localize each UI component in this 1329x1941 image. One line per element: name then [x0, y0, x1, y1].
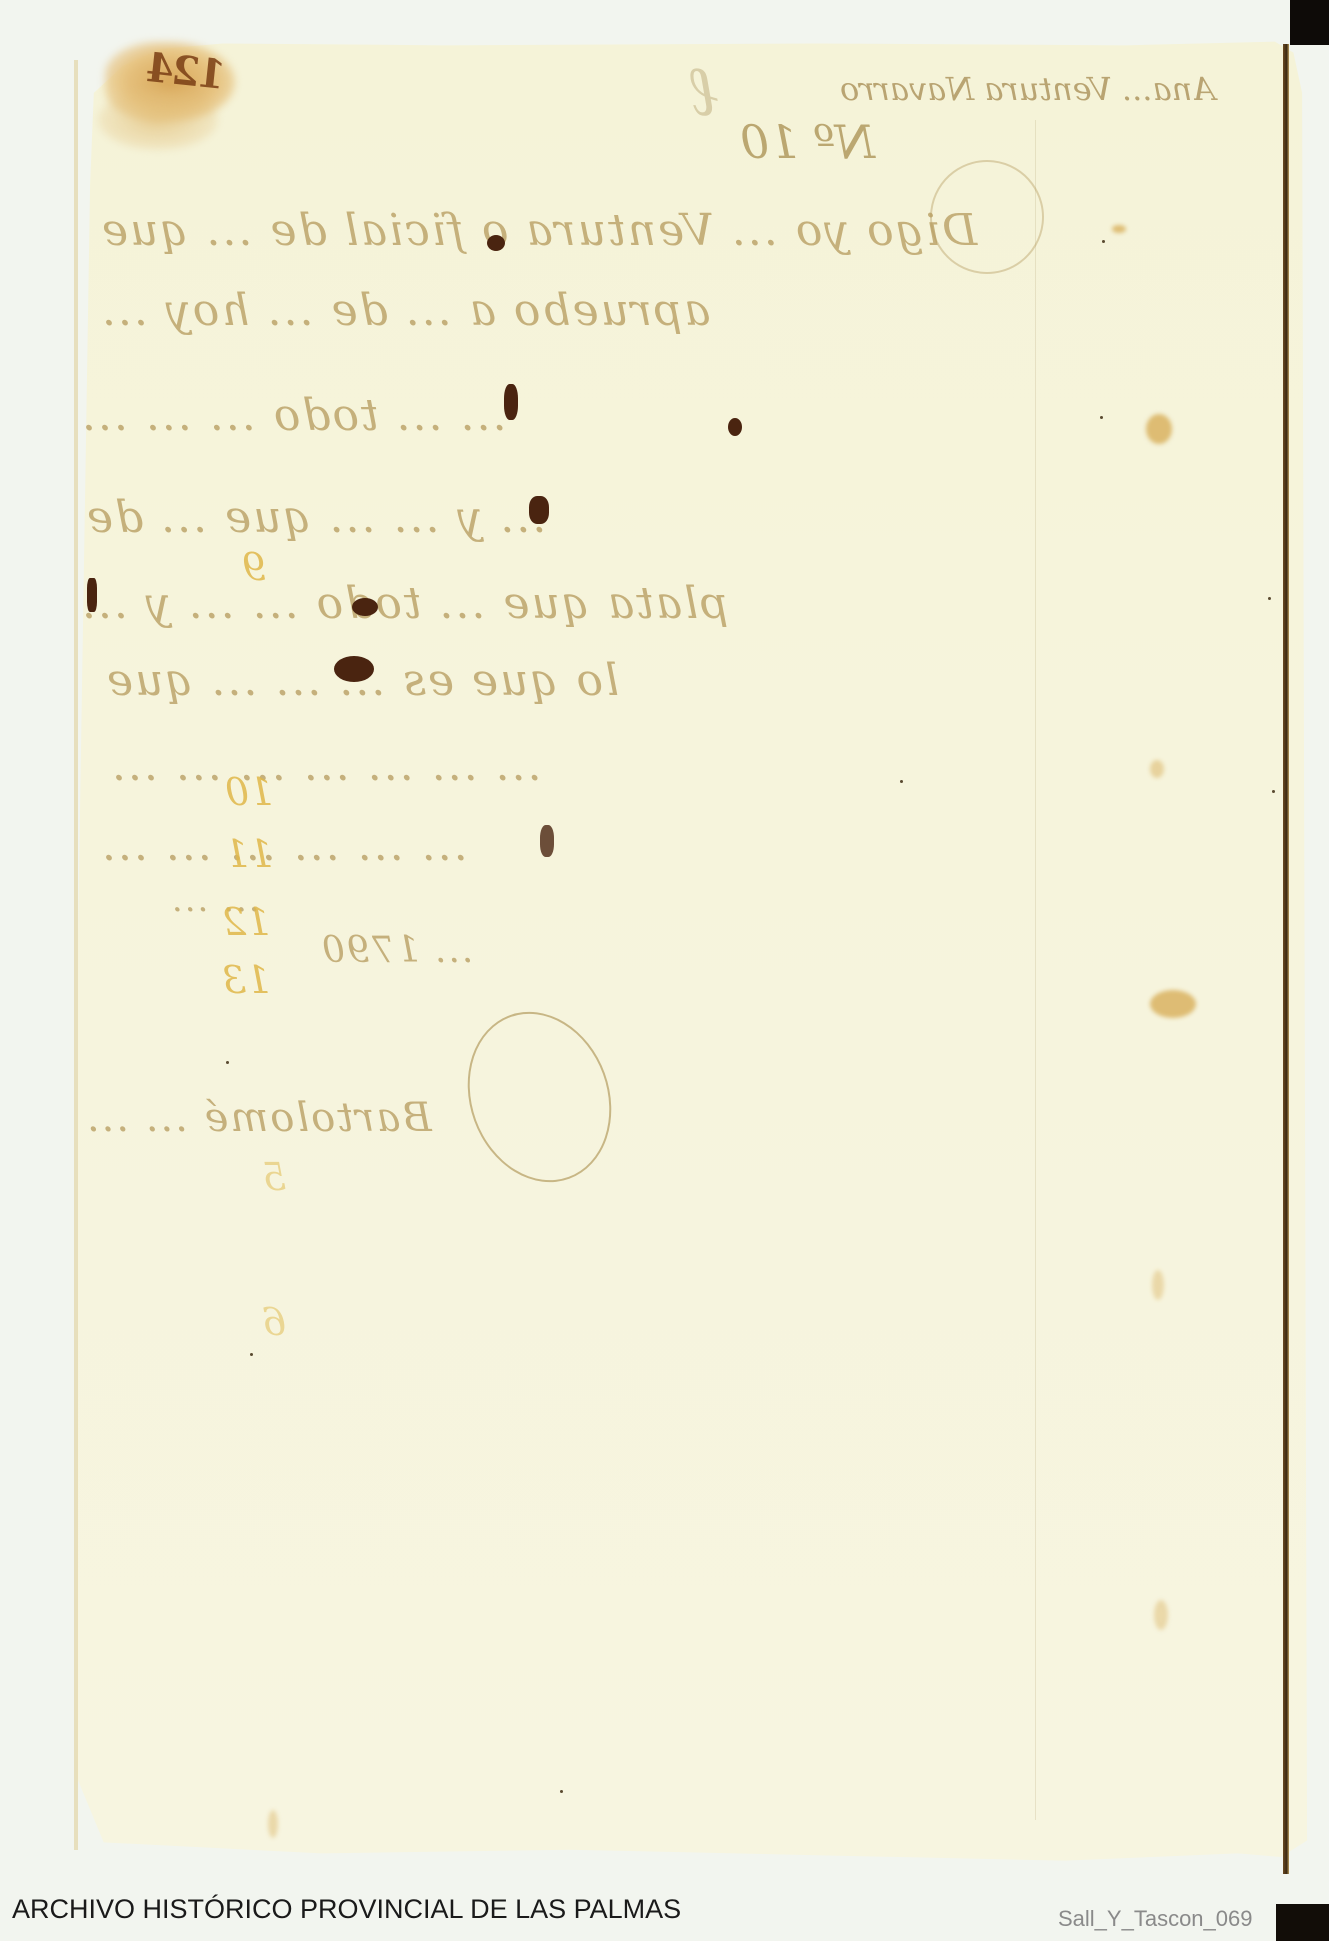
body-line-1: Digo yo ... Ventura o ficial de ... que: [100, 205, 977, 256]
stain-spot: [1150, 990, 1196, 1018]
margin-number: 12: [222, 900, 270, 944]
folio-number: 124: [146, 44, 228, 99]
body-line-5: plata que ... todo ... ... y ...: [80, 578, 728, 629]
file-id-label: Sall_Y_Tascon_069: [1058, 1906, 1252, 1932]
stain-spot: [268, 1810, 278, 1838]
speck: [250, 1353, 253, 1356]
ink-blot: [87, 578, 97, 612]
body-line-8: ... ... ... ... ... ...: [100, 820, 468, 871]
margin-number: 6: [262, 1300, 286, 1344]
date-line: ... 1790: [320, 930, 473, 971]
speck: [900, 780, 903, 783]
stain-spot: [1152, 1270, 1164, 1300]
speck: [1100, 416, 1103, 419]
stain-spot: [1154, 1600, 1168, 1630]
ink-blot: [352, 598, 378, 616]
stain-spot: [1112, 225, 1126, 233]
ink-blot: [529, 496, 549, 524]
ink-blot: [334, 656, 374, 682]
body-line-4: ... y ... ... que ... de: [85, 492, 546, 543]
fold-line: [1035, 120, 1036, 1820]
header-number: Nº 10: [740, 115, 875, 169]
ink-blot: [487, 235, 505, 251]
header-line: Ana... Ventura Navarro: [840, 70, 1215, 108]
ink-blot: [728, 418, 742, 436]
binding-edge-bottom: [1276, 1904, 1329, 1941]
margin-number: 13: [222, 958, 270, 1002]
flourish-mark: ℓ: [690, 50, 719, 133]
speck: [1102, 240, 1105, 243]
signature: Bartolomé ... ...: [85, 1095, 432, 1141]
page-right-edge: [1283, 44, 1289, 1874]
margin-number: 10: [225, 770, 273, 814]
body-line-3: ... ... todo ... ... ...: [80, 390, 507, 441]
water-stain-corner-lower: [98, 90, 218, 150]
margin-number: 11: [225, 832, 273, 876]
body-line-7: ... ... ... ... ... ... ...: [110, 740, 542, 791]
binding-edge-top: [1290, 0, 1329, 45]
stain-spot: [1150, 760, 1164, 778]
speck: [1272, 790, 1275, 793]
margin-number: 5: [262, 1155, 286, 1199]
ink-blot: [540, 825, 554, 857]
page-left-edge: [74, 60, 78, 1850]
body-line-2: apruebo a ... de ... hoy ...: [100, 285, 710, 336]
margin-number: 9: [242, 545, 266, 589]
ink-blot: [504, 384, 518, 420]
archive-name-label: ARCHIVO HISTÓRICO PROVINCIAL DE LAS PALM…: [12, 1894, 681, 1925]
speck: [226, 1061, 229, 1064]
stain-spot: [1146, 414, 1172, 444]
speck: [1268, 597, 1271, 600]
speck: [560, 1790, 563, 1793]
